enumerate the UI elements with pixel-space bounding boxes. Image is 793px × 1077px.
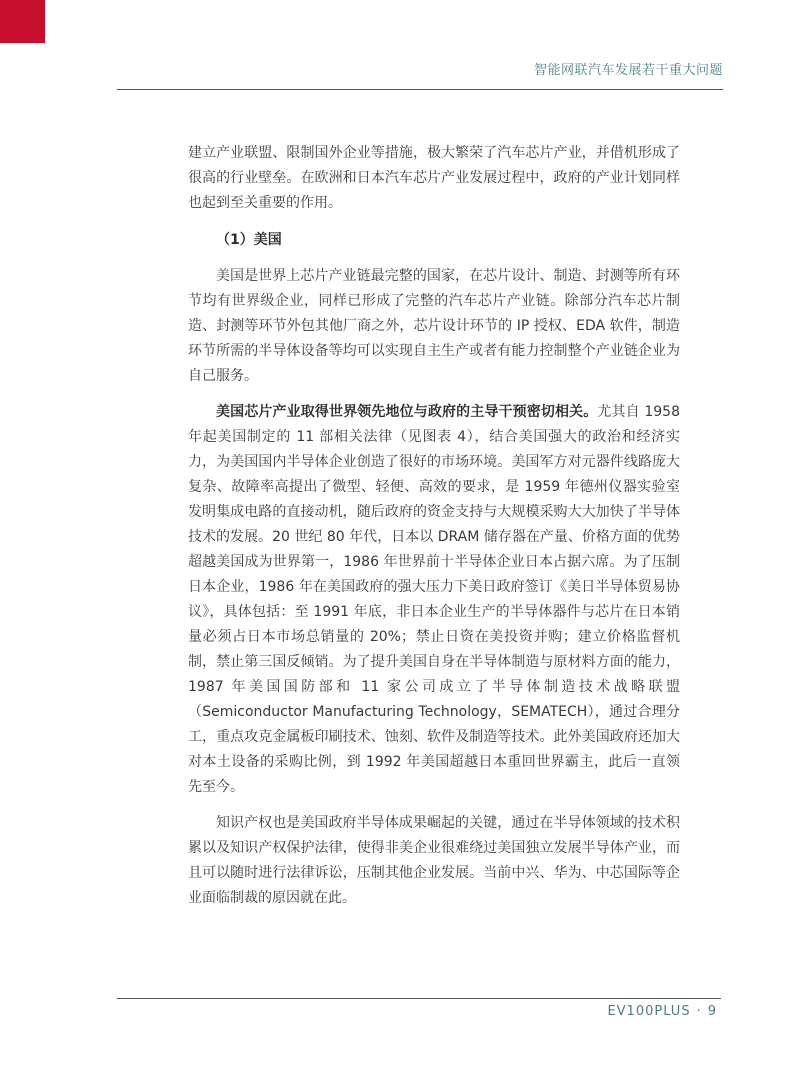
running-header-title: 智能网联汽车发展若干重大问题 [117, 62, 723, 80]
footer-brand: EV100PLUS [607, 1004, 690, 1019]
page-number: 9 [708, 1004, 717, 1019]
paragraph: 建立产业联盟、限制国外企业等措施，极大繁荣了汽车芯片产业，并借机形成了很高的行业… [188, 141, 680, 216]
paragraph-lead-bold: 美国芯片产业取得世界领先地位与政府的主导干预密切相关。 [216, 404, 597, 420]
document-page: 智能网联汽车发展若干重大问题 建立产业联盟、限制国外企业等措施，极大繁荣了汽车芯… [0, 0, 793, 1077]
paragraph: 知识产权也是美国政府半导体成果崛起的关键，通过在半导体领域的技术积累以及知识产权… [188, 811, 680, 911]
footer-rule [117, 998, 721, 999]
document-body: 建立产业联盟、限制国外企业等措施，极大繁荣了汽车芯片产业，并借机形成了很高的行业… [188, 141, 680, 922]
page-corner-mark [0, 0, 45, 43]
header-rule [117, 89, 723, 90]
section-heading: （1）美国 [188, 228, 680, 253]
paragraph: 美国芯片产业取得世界领先地位与政府的主导干预密切相关。尤其自 1958 年起美国… [188, 400, 680, 800]
footer-separator: · [691, 1004, 708, 1019]
paragraph-text: 尤其自 1958 年起美国制定的 11 部相关法律（见图表 4），结合美国强大的… [188, 404, 680, 795]
paragraph: 美国是世界上芯片产业链最完整的国家，在芯片设计、制造、封测等所有环节均有世界级企… [188, 264, 680, 389]
page-footer: EV100PLUS·9 [417, 1004, 717, 1020]
